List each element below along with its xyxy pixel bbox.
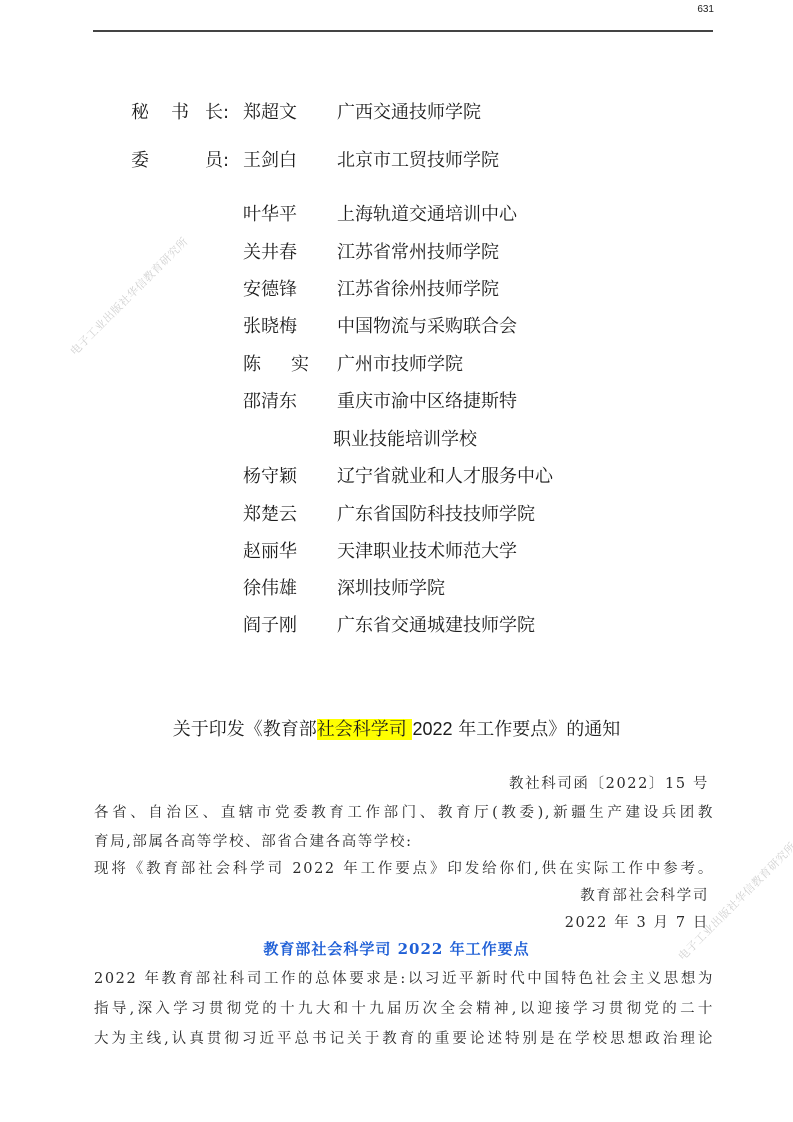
paragraph-text: 大为主线,认真贯彻习近平总书记关于教育的重要论述特别是在学校思想政治理论 (94, 1027, 714, 1051)
member-name: 郑楚云 (243, 503, 309, 527)
roster-row-secretary-general: 秘 书 长 : 郑超文 广西交通技师学院 (0, 101, 793, 125)
paragraph-text: 指导,深入学习贯彻党的十九大和十九届历次全会精神,以迎接学习贯彻党的二十 (94, 997, 714, 1021)
role-colon: : (223, 101, 229, 125)
roster-row-member: 关井春 江苏省常州技师学院 (0, 241, 793, 265)
work-points-paragraph-line: 指导,深入学习贯彻党的十九大和十九届历次全会精神,以迎接学习贯彻党的二十 (94, 997, 714, 1021)
member-org: 中国物流与采购联合会 (337, 315, 517, 339)
member-org: 天津职业技术师范大学 (337, 540, 517, 564)
member-name: 关井春 (243, 241, 309, 265)
roster-row-member: 张晓梅 中国物流与采购联合会 (0, 315, 793, 339)
roster-row-member: 郑楚云 广东省国防科技技师学院 (0, 503, 793, 527)
member-org: 广东省交通城建技师学院 (337, 614, 535, 638)
roster-row-member: 徐伟雄 深圳技师学院 (0, 577, 793, 601)
member-org: 江苏省常州技师学院 (337, 241, 499, 265)
work-points-paragraph-line: 2022 年教育部社科司工作的总体要求是:以习近平新时代中国特色社会主义思想为 (94, 967, 714, 991)
member-org: 广州市技师学院 (337, 353, 463, 377)
member-name-char: 陈 (243, 353, 261, 377)
notice-body-text: 现将《教育部社会科学司 2022 年工作要点》印发给你们,供在实际工作中参考。 (94, 857, 714, 881)
member-name: 郑超文 (243, 101, 309, 125)
member-org: 江苏省徐州技师学院 (337, 278, 499, 302)
roster-row-member: 安德锋 江苏省徐州技师学院 (0, 278, 793, 302)
member-org: 上海轨道交通培训中心 (337, 203, 517, 227)
roster-row-member: 叶华平 上海轨道交通培训中心 (0, 203, 793, 227)
member-org: 广东省国防科技技师学院 (337, 503, 535, 527)
signature-org: 教育部社会科学司 (580, 884, 709, 908)
member-name: 杨守颖 (243, 465, 309, 489)
page-number: 631 (690, 4, 714, 15)
roster-row-member: 杨守颖 辽宁省就业和人才服务中心 (0, 465, 793, 489)
member-org: 辽宁省就业和人才服务中心 (337, 465, 553, 489)
recipients-line: 各省、自治区、直辖市党委教育工作部门、教育厅(教委),新疆生产建设兵团教 (94, 801, 714, 825)
recipients-line: 育局,部属各高等学校、部省合建各高等学校: (94, 830, 413, 854)
notice-title: 关于印发《教育部社会科学司 2022 年工作要点》的通知 (0, 716, 793, 743)
role-char: 秘 (131, 101, 149, 125)
member-name: 邵清东 (243, 390, 309, 414)
role-char: 长 (205, 101, 223, 125)
member-name: 安德锋 (243, 278, 309, 302)
member-org: 深圳技师学院 (337, 577, 445, 601)
roster-row-member: 阎子刚 广东省交通城建技师学院 (0, 614, 793, 638)
member-name-char: 实 (291, 353, 309, 377)
role-char: 员 (205, 149, 223, 173)
roster-row-member: 委 员 : 王剑白 北京市工贸技师学院 (0, 149, 793, 173)
member-name: 赵丽华 (243, 540, 309, 564)
header-rule (93, 30, 713, 32)
roster-row-member: 邵清东 重庆市渝中区络捷斯特 (0, 390, 793, 414)
document-number: 教社科司函〔2022〕15 号 (509, 772, 709, 796)
notice-title-text: 年工作要点》的通知 (453, 719, 621, 740)
paragraph-text: 2022 年教育部社科司工作的总体要求是:以习近平新时代中国特色社会主义思想为 (94, 967, 714, 991)
role-char: 委 (131, 149, 149, 173)
work-points-heading: 教育部社会科学司 2022 年工作要点 (0, 937, 793, 961)
signature-date: 2022 年 3 月 7 日 (565, 911, 709, 935)
member-name: 王剑白 (243, 149, 309, 173)
member-org: 北京市工贸技师学院 (337, 149, 499, 173)
notice-body: 现将《教育部社会科学司 2022 年工作要点》印发给你们,供在实际工作中参考。 (94, 857, 714, 881)
role-char: 书 (171, 101, 189, 125)
member-name: 张晓梅 (243, 315, 309, 339)
roster-row-member: 赵丽华 天津职业技术师范大学 (0, 540, 793, 564)
member-org-continuation: 职业技能培训学校 (333, 428, 477, 452)
recipients-text: 各省、自治区、直辖市党委教育工作部门、教育厅(教委),新疆生产建设兵团教 (94, 801, 714, 825)
notice-title-year: 2022 (412, 719, 452, 739)
role-colon: : (223, 149, 229, 173)
member-name: 徐伟雄 (243, 577, 309, 601)
work-points-paragraph-line: 大为主线,认真贯彻习近平总书记关于教育的重要论述特别是在学校思想政治理论 (94, 1027, 714, 1051)
roster-row-member-continuation: 职业技能培训学校 (0, 428, 793, 452)
member-name: 叶华平 (243, 203, 309, 227)
roster-row-member: 陈 实 广州市技师学院 (0, 353, 793, 377)
member-name: 陈 实 (243, 353, 309, 377)
member-org: 重庆市渝中区络捷斯特 (337, 390, 517, 414)
member-org: 广西交通技师学院 (337, 101, 481, 125)
member-name: 阎子刚 (243, 614, 309, 638)
notice-title-highlight: 社会科学司 (317, 719, 407, 740)
notice-title-text: 关于印发《教育部 (173, 719, 317, 740)
